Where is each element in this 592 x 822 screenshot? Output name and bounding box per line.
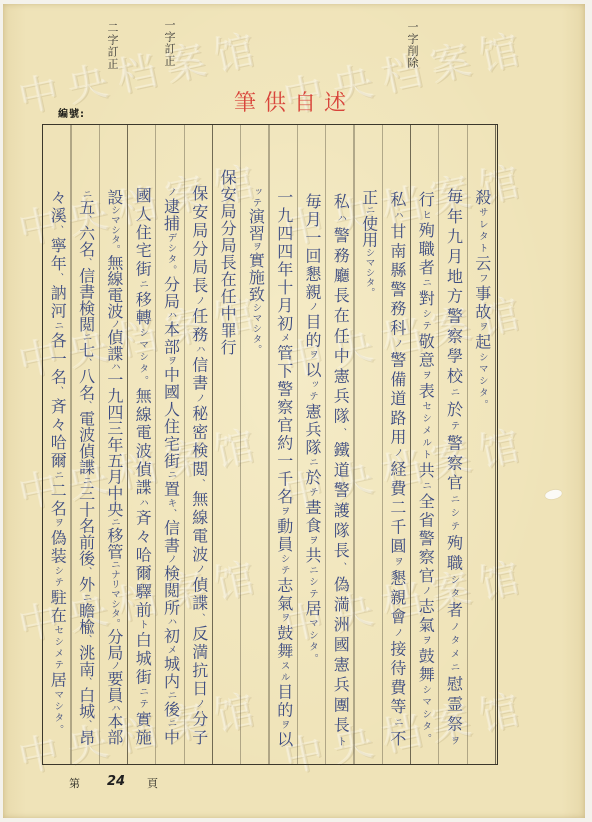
page-number: 24 [107,774,125,789]
page-prefix: 第 [69,775,80,791]
text-column: 一九四四年十月初メ管下警察官約一千名ヲ動員シテ志氣ヲ鼓舞スル目的ヲ以 [269,189,297,747]
text-column: 殺サレタト云フ事故ヲ起シマシタ。 [468,189,496,409]
punch-hole [544,488,562,500]
document-title: 筆供自述 [234,90,354,118]
text-column: 正ニ使用シマシタ。 [354,189,382,297]
page-suffix: 頁 [147,775,158,791]
document-page: 中央档案馆中央档案馆中央档案馆中央档案馆中央档案馆中央档案馆中央档案馆中央档案馆… [3,4,585,818]
text-column: 保安局分局長ノ任務ハ信書ノ秘密検閲、無線電波ノ偵諜、反満抗日ノ分子 [185,185,213,745]
text-column: 行ヒ殉職者ニ對シテ敬意ヲ表セシメルト共ニ全省警察官ノ志氣ヲ鼓舞シマシタ。 [411,191,439,743]
correction-note: 二字訂正 [105,22,119,70]
text-column: 設シマシタ。無線電波ノ偵諜ハ一九四三年五月中央ニ移管ニナリマシタ。分局ノ要員ハ本… [100,189,128,745]
text-column: 私ハ警務廳長在任中憲兵隊、鐵道警護隊長、偽満洲國憲兵團長ト [326,193,354,746]
text-column: ニ五、六名、信書検閲ニ七、八名、電波偵諜ニ三十名前後、外ニ瞻楡、洮南、白城、昂 [71,189,99,745]
text-column: ノ逮捕デシタ。分局ハ本部ヲ中國人住宅街ニ置キ、信書ノ検閲所ハ初メ城内ニ後ニ中 [156,187,184,745]
text-column: 毎年九月地方警察學校ニ於テ警察官ニシテ殉職シタ者ノタメニ慰霊祭ヲ [439,188,467,745]
serial-number-label: 編號: [58,105,85,120]
text-column: 國人住宅街ニ移轉シマシタ。無線電波偵諜ハ斉々哈爾驛前ト白城街ニテ實施 [128,187,156,745]
correction-note: 一字削除 [405,21,419,69]
text-column: 私ハ甘南縣警務科ノ警備道路用ノ経費二千圓ヲ懇親會ノ接待費等ニ不 [383,191,411,746]
writing-grid: 殺サレタト云フ事故ヲ起シマシタ。 毎年九月地方警察學校ニ於テ警察官ニシテ殉職シタ… [42,124,498,765]
text-column: ッテ演習ヲ實施致シマシタ。 [241,187,269,354]
section-heading: 保安局分局長在任中罪行 [213,169,241,355]
correction-note: 一字訂正 [162,19,176,67]
text-column: 々溪、寧年、訥河ニ各一名、斉々哈爾ニ二名ヲ偽装シテ駐在セシメテ居マシタ。 [43,189,71,734]
watermark-text: 中央档案馆 [16,28,269,119]
text-column: 毎月一回懇親ノ目的ヲ以ッテ憲兵隊ニ於テ晝食ヲ共ニシテ居マシタ。 [298,193,326,663]
